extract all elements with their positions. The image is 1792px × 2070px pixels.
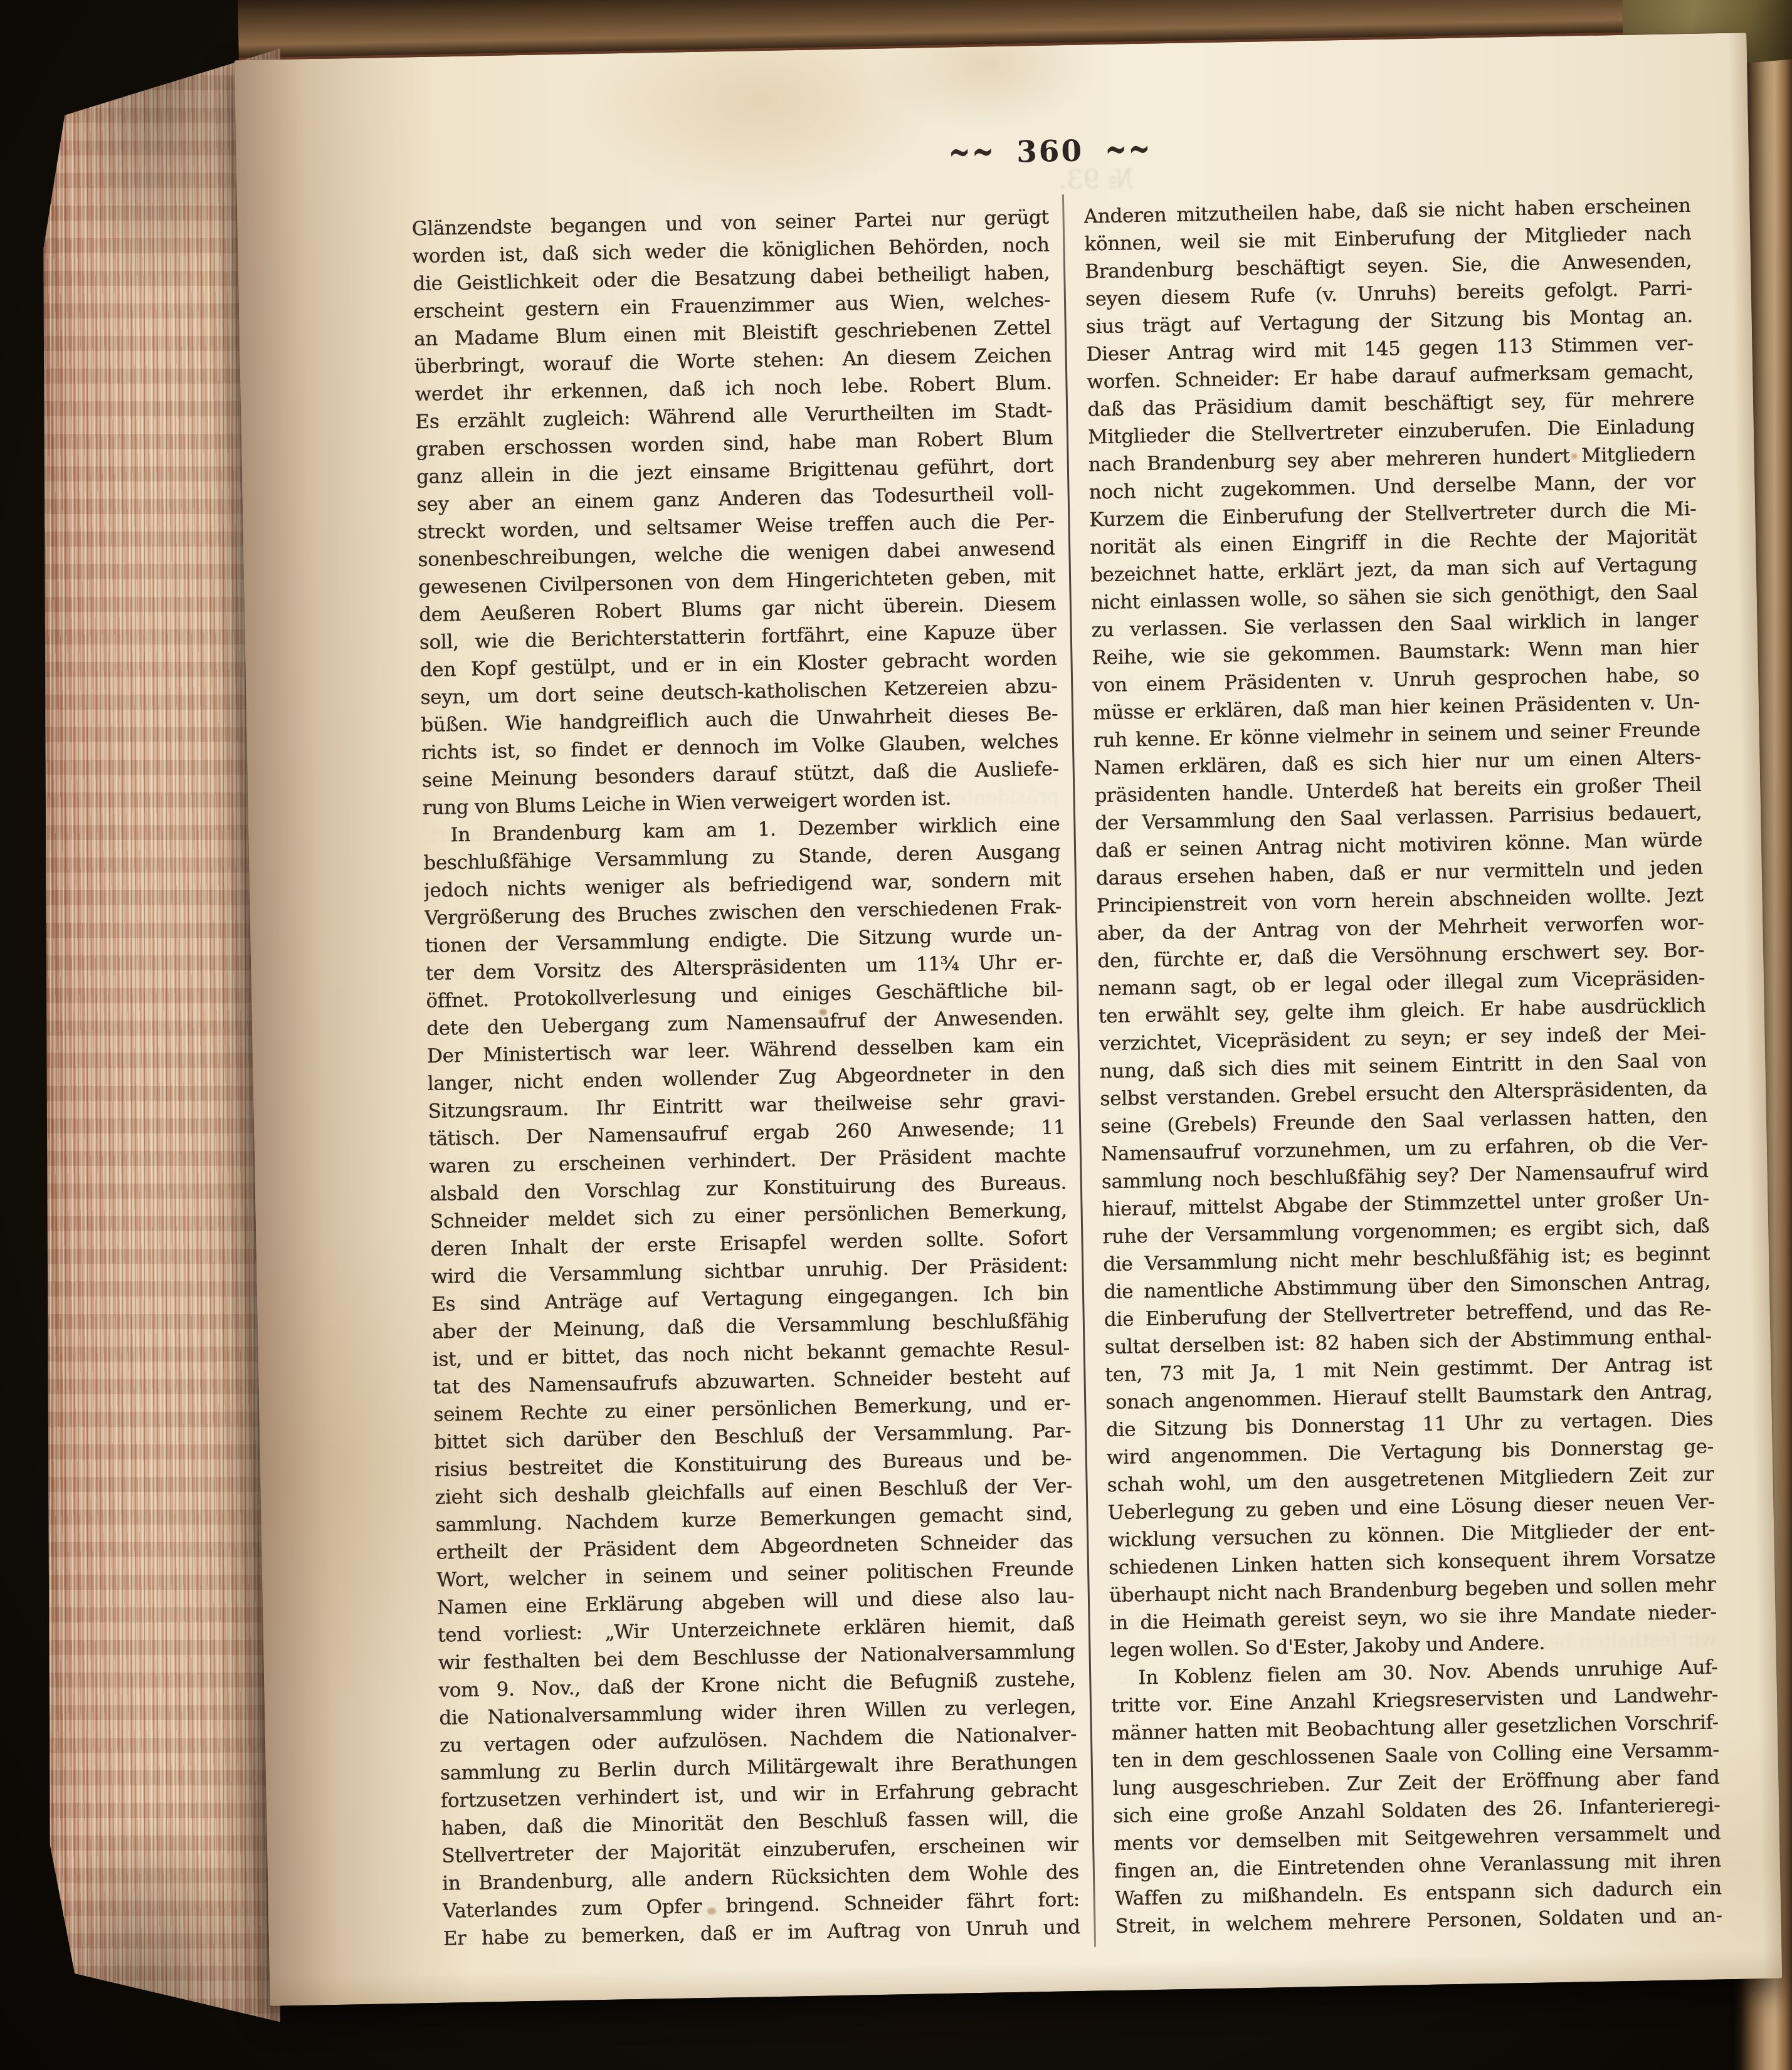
book-page: Anderen mitzutheilen habe, daß sie nicht… — [235, 33, 1782, 2006]
printed-content: ~~360~~ № 93. Glänzendste begangen und v… — [235, 33, 1782, 2006]
paragraph: In Koblenz fielen am 30. Nov. Abends unr… — [1110, 1653, 1722, 1940]
paragraph: Glänzendste begangen und von seiner Part… — [411, 204, 1060, 822]
paragraph: Anderen mitzutheilen habe, daß sie nicht… — [1083, 192, 1717, 1664]
paragraph: In Brandenburg kam am 1. Dezember wirkli… — [423, 810, 1080, 1952]
text-column-right: Anderen mitzutheilen habe, daß sie nicht… — [1083, 192, 1722, 1940]
photographed-book-spread: Anderen mitzutheilen habe, daß sie nicht… — [0, 0, 1792, 2070]
page-number-showthrough: № 93. — [995, 162, 1196, 196]
text-column-left: Glänzendste begangen und von seiner Part… — [411, 204, 1080, 1953]
header-ornament-left: ~~ — [948, 128, 996, 175]
